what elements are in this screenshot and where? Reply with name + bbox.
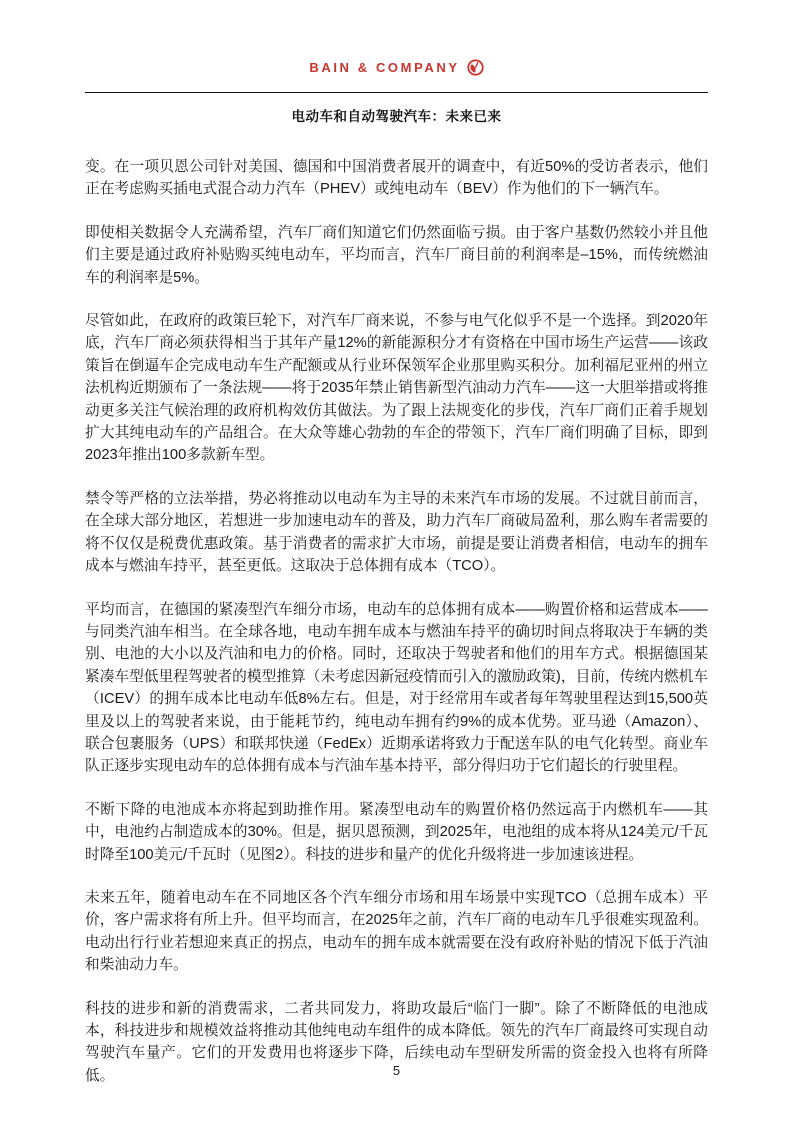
document-page: BAIN & COMPANY 电动车和自动驾驶汽车：未来已来 变。在一项贝恩公司… xyxy=(0,0,793,1122)
body-paragraph: 即使相关数据令人充满希望，汽车厂商们知道它们仍然面临亏损。由于客户基数仍然较小并… xyxy=(85,222,708,289)
body-paragraph: 禁令等严格的立法举措，势必将推动以电动车为主导的未来汽车市场的发展。不过就目前而… xyxy=(85,488,708,578)
page-header: BAIN & COMPANY 电动车和自动驾驶汽车：未来已来 xyxy=(0,0,793,125)
bain-logo: BAIN & COMPANY xyxy=(309,59,483,76)
body-paragraph: 未来五年，随着电动车在不同地区各个汽车细分市场和用车场景中实现TCO（总拥车成本… xyxy=(85,887,708,977)
body-paragraph: 不断下降的电池成本亦将起到助推作用。紧凑型电动车的购置价格仍然远高于内燃机车——… xyxy=(85,799,708,866)
body-paragraph: 变。在一项贝恩公司针对美国、德国和中国消费者展开的调查中，有近50%的受访者表示… xyxy=(85,156,708,201)
body-paragraph: 平均而言，在德国的紧凑型汽车细分市场，电动车的总体拥有成本——购置价格和运营成本… xyxy=(85,599,708,778)
bain-logo-text: BAIN & COMPANY xyxy=(309,60,459,75)
article-body: 变。在一项贝恩公司针对美国、德国和中国消费者展开的调查中，有近50%的受访者表示… xyxy=(85,156,708,1087)
header-rule xyxy=(85,92,708,93)
page-title: 电动车和自动驾驶汽车：未来已来 xyxy=(0,105,793,125)
bain-compass-icon xyxy=(467,59,484,76)
body-paragraph: 尽管如此，在政府的政策巨轮下，对汽车厂商来说，不参与电气化似乎不是一个选择。到2… xyxy=(85,310,708,467)
page-number: 5 xyxy=(0,1063,793,1078)
